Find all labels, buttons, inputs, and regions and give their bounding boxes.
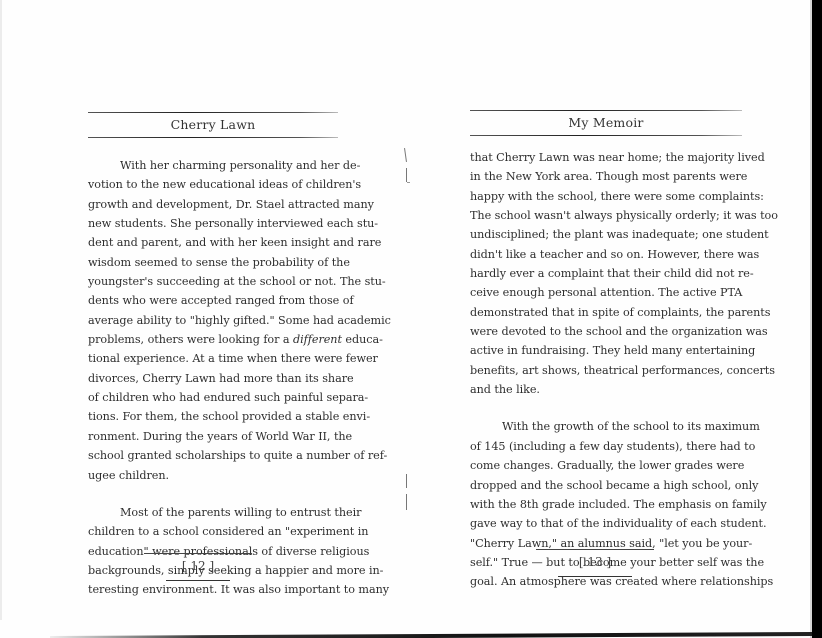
text-line: ceive enough personal attention. The act… [470,283,742,302]
text-line: growth and development, Dr. Stael attrac… [88,195,338,214]
text-line-with-italic: problems, others were looking for a diff… [88,330,338,349]
header-rule-bottom [88,137,338,138]
text-line: wisdom seemed to sense the probability o… [88,253,338,272]
left-page: Cherry Lawn With her charming personalit… [88,112,338,600]
text-line: hardly ever a complaint that their child… [470,264,742,283]
gutter-mark [406,168,407,182]
text-line: teresting environment. It was also impor… [88,580,338,599]
text-line: with the 8th grade included. The emphasi… [470,495,742,514]
text-line: and the like. [470,380,742,399]
text-line: With the growth of the school to its max… [470,417,742,436]
page-number: [ 12 ] [148,554,248,580]
scan-edge-left [0,0,2,620]
text-line: With her charming personality and her de… [88,156,338,175]
gutter-mark [406,474,407,488]
text-line: ronment. During the years of World War I… [88,427,338,446]
paragraph: With her charming personality and her de… [88,156,338,485]
text-line: Most of the parents willing to entrust t… [88,503,338,522]
text-line: of 145 (including a few day students), t… [470,437,742,456]
text-line: children to a school considered an "expe… [88,522,338,541]
text-line: new students. She personally interviewed… [88,214,338,233]
text-line: that Cherry Lawn was near home; the majo… [470,148,742,167]
text-line: demonstrated that in spite of complaints… [470,303,742,322]
book-spread: Cherry Lawn With her charming personalit… [0,0,822,638]
paragraph: that Cherry Lawn was near home; the majo… [470,148,742,399]
text-line: didn't like a teacher and so on. However… [470,245,742,264]
page-body: that Cherry Lawn was near home; the majo… [470,148,742,592]
text-line: gave way to that of the individuality of… [470,514,742,533]
text-line: school granted scholarships to quite a n… [88,446,338,465]
text-line: dents who were accepted ranged from thos… [88,291,338,310]
text-line: of children who had endured such painful… [88,388,338,407]
text-segment: educa- [342,333,383,346]
text-line: ugee children. [88,466,338,485]
gutter-mark [406,494,407,510]
running-head: My Memoir [470,111,742,135]
text-line: dropped and the school became a high sch… [470,476,742,495]
text-line: were devoted to the school and the organ… [470,322,742,341]
gutter-mark [404,148,407,162]
text-line: in the New York area. Though most parent… [470,167,742,186]
text-line: dent and parent, and with her keen insig… [88,233,338,252]
text-line: tions. For them, the school provided a s… [88,407,338,426]
paragraph: Most of the parents willing to entrust t… [88,503,338,600]
footer-rule-bottom [558,576,632,577]
footer-rule-bottom [166,580,230,581]
text-line: benefits, art shows, theatrical performa… [470,361,742,380]
text-line: divorces, Cherry Lawn had more than its … [88,369,338,388]
page-number-footer: [ 12 ] [148,553,248,581]
text-line: youngster's succeeding at the school or … [88,272,338,291]
running-head: Cherry Lawn [88,113,338,137]
italic-word: different [293,333,342,346]
page-body: With her charming personality and her de… [88,156,338,600]
header-rule-bottom [470,135,742,136]
right-page: My Memoir that Cherry Lawn was near home… [470,110,742,592]
text-line: tional experience. At a time when there … [88,349,338,368]
gutter-mark [407,182,410,183]
text-line: undisciplined; the plant was inadequate;… [470,225,742,244]
text-segment: problems, others were looking for a [88,333,290,346]
text-line: average ability to "highly gifted." Some… [88,311,338,330]
text-line: happy with the school, there were some c… [470,187,742,206]
scan-edge-bottom [50,632,812,638]
scan-edge-right [812,0,822,638]
text-line: active in fundraising. They held many en… [470,341,742,360]
page-number-footer: [ 13 ] [540,549,650,577]
page-number: [ 13 ] [540,550,650,576]
text-line: The school wasn't always physically orde… [470,206,742,225]
text-line: votion to the new educational ideas of c… [88,175,338,194]
text-line: come changes. Gradually, the lower grade… [470,456,742,475]
